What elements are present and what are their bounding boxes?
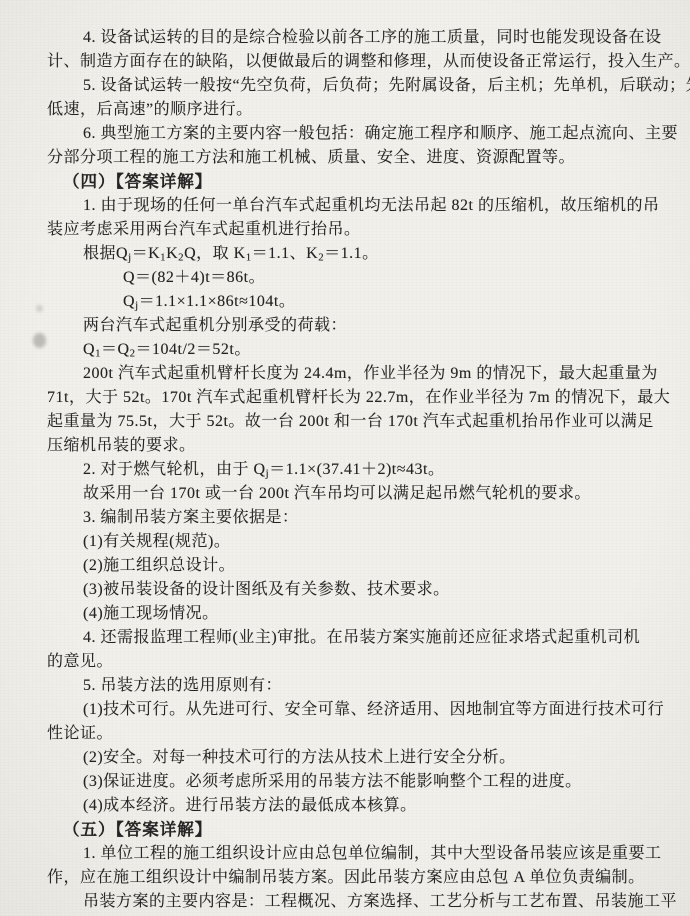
text-line: 压缩机吊装的要求。 — [47, 434, 666, 458]
formula-line: Qj＝1.1×1.1×86t≈104t。 — [47, 290, 666, 314]
text-line: 作，应在施工组织设计中编制吊装方案。因此吊装方案应由总包 A 单位负责编制。 — [47, 866, 666, 890]
text-line: 吊装方案的主要内容是：工程概况、方案选择、工艺分析与工艺布置、吊装施工平 — [47, 890, 666, 914]
text-line: 的意见。 — [47, 650, 666, 674]
text-line: 起重量为 75.5t，大于 52t。故一台 200t 和一台 170t 汽车式起… — [47, 410, 666, 434]
text-line: 200t 汽车式起重机臂杆长度为 24.4m，作业半径为 9m 的情况下，最大起… — [47, 362, 666, 386]
document-text-block: 4. 设备试运转的目的是综合检验以前各工序的施工质量，同时也能发现设备在设计、制… — [47, 26, 666, 914]
text-line: 低速，后高速”的顺序进行。 — [47, 98, 666, 122]
text-line: (1)有关规程(规范)。 — [47, 530, 666, 554]
section-heading: （四）【答案详解】 — [47, 170, 666, 194]
text-line: 3. 编制吊装方案主要依据是： — [47, 506, 666, 530]
text-line: 两台汽车式起重机分别承受的荷载： — [47, 314, 666, 338]
text-line: 5. 设备试运转一般按“先空负荷，后负荷；先附属设备，后主机；先单机，后联动；先 — [47, 74, 666, 98]
scan-artifact — [36, 305, 43, 312]
text-line: (4)施工现场情况。 — [47, 602, 666, 626]
text-line: (1)技术可行。从先进可行、安全可靠、经济适用、因地制宜等方面进行技术可行 — [47, 698, 666, 722]
text-line: 4. 设备试运转的目的是综合检验以前各工序的施工质量，同时也能发现设备在设 — [47, 26, 666, 50]
text-line: 1. 由于现场的任何一单台汽车式起重机均无法吊起 82t 的压缩机，故压缩机的吊 — [47, 194, 666, 218]
scanned-document-page: 4. 设备试运转的目的是综合检验以前各工序的施工质量，同时也能发现设备在设计、制… — [0, 0, 690, 916]
text-line: 性论证。 — [47, 722, 666, 746]
text-line: (2)施工组织总设计。 — [47, 554, 666, 578]
text-line: 分部分项工程的施工方法和施工机械、质量、安全、进度、资源配置等。 — [47, 146, 666, 170]
text-line: 装应考虑采用两台汽车式起重机进行抬吊。 — [47, 218, 666, 242]
text-line: (4)成本经济。进行吊装方法的最低成本核算。 — [47, 794, 666, 818]
formula-line: 2. 对于燃气轮机，由于 Qj＝1.1×(37.41＋2)t≈43t。 — [47, 458, 666, 482]
scan-artifact — [33, 333, 46, 348]
text-line: 6. 典型施工方案的主要内容一般包括：确定施工程序和顺序、施工起点流向、主要 — [47, 122, 666, 146]
text-line: (3)被吊装设备的设计图纸及有关参数、技术要求。 — [47, 578, 666, 602]
formula-line: 根据Qj＝K1K2Q，取 K1＝1.1、K2＝1.1。 — [47, 242, 666, 266]
text-line: 故采用一台 170t 或一台 200t 汽车吊均可以满足起吊燃气轮机的要求。 — [47, 482, 666, 506]
text-line: (3)保证进度。必须考虑所采用的吊装方法不能影响整个工程的进度。 — [47, 770, 666, 794]
text-line: 5. 吊装方法的选用原则有： — [47, 674, 666, 698]
text-line: 4. 还需报监理工程师(业主)审批。在吊装方案实施前还应征求塔式起重机司机 — [47, 626, 666, 650]
text-line: (2)安全。对每一种技术可行的方法从技术上进行安全分析。 — [47, 746, 666, 770]
text-line: Q＝(82＋4)t＝86t。 — [47, 266, 666, 290]
text-line: 1. 单位工程的施工组织设计应由总包单位编制，其中大型设备吊装应该是重要工 — [47, 842, 666, 866]
text-line: 71t，大于 52t。170t 汽车式起重机臂杆长为 22.7m，在作业半径为 … — [47, 386, 666, 410]
section-heading: （五）【答案详解】 — [47, 818, 666, 842]
formula-line: Q1＝Q2＝104t/2＝52t。 — [47, 338, 666, 362]
text-line: 计、制造方面存在的缺陷，以便做最后的调整和修理，从而使设备正常运行，投入生产。 — [47, 50, 666, 74]
